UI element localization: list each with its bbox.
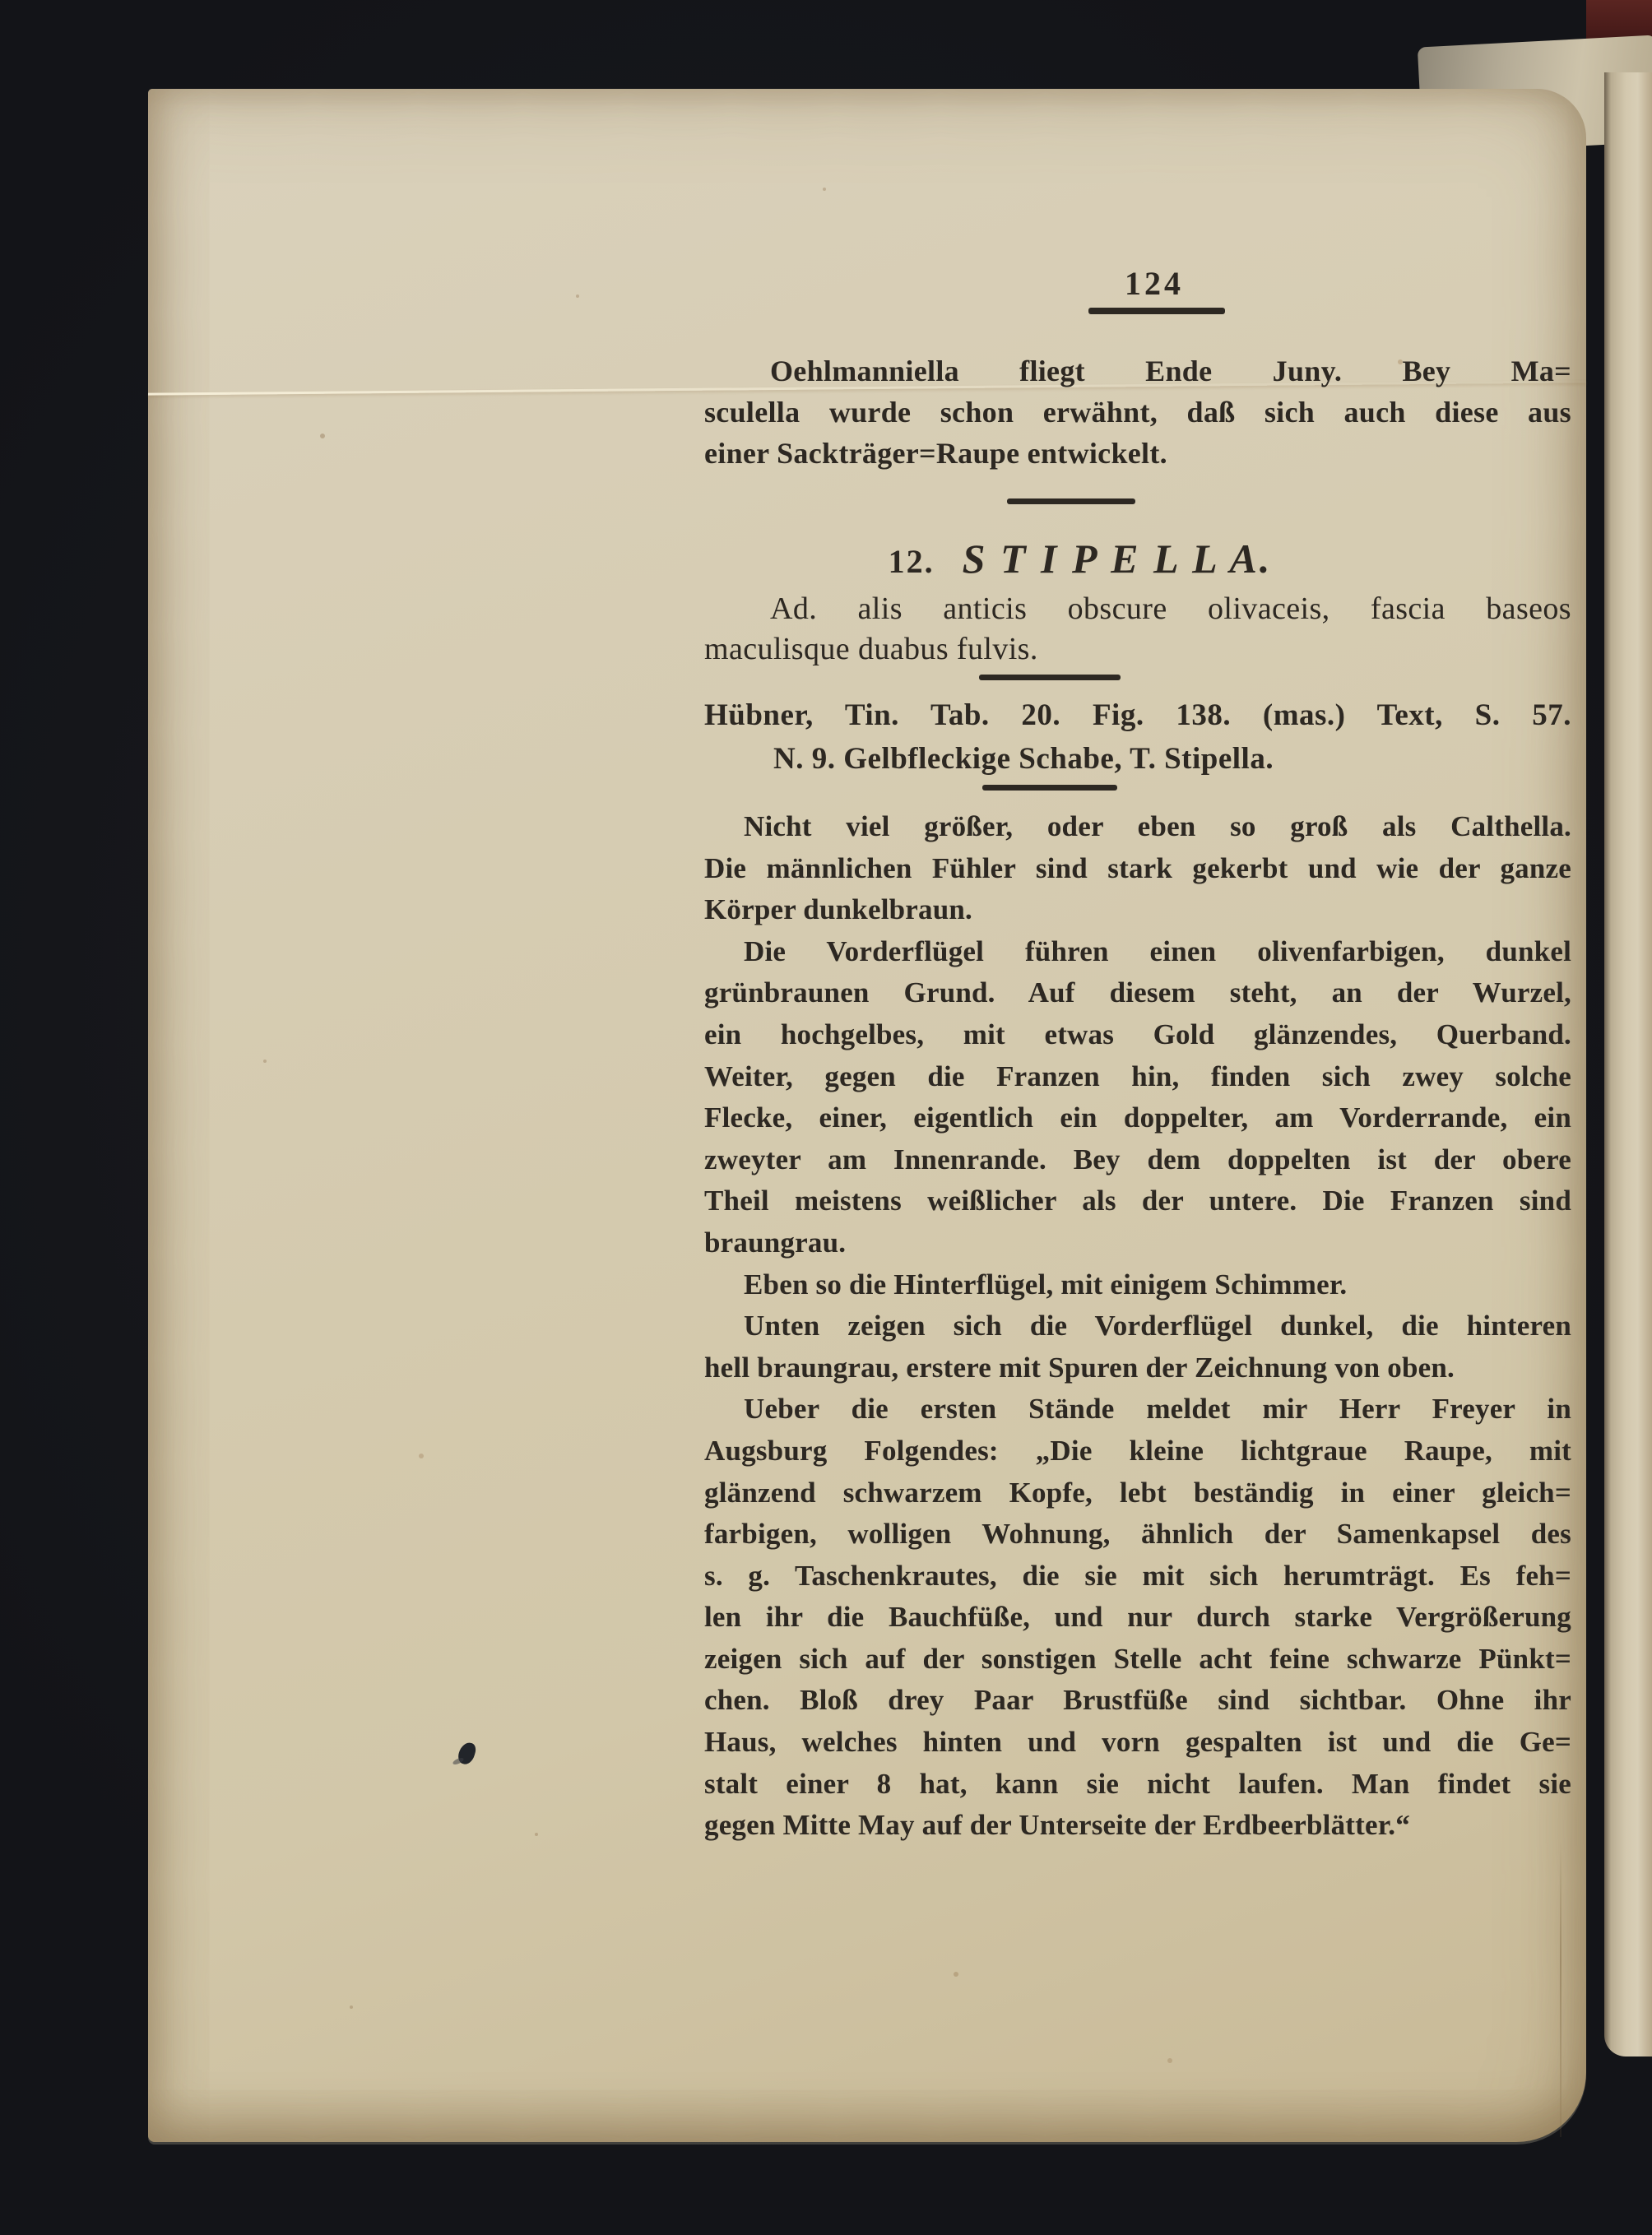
text-line: Theil meistens weißlicher als der untere… (704, 1180, 1571, 1222)
body-text: Nicht viel größer, oder eben so groß als… (704, 806, 1571, 1847)
text-line: Nicht viel größer, oder eben so groß als… (704, 806, 1571, 848)
text-line: Ad. alis anticis obscure olivaceis, fasc… (704, 589, 1571, 629)
page-number-rule (1088, 308, 1225, 314)
separator-rule-3 (982, 785, 1117, 791)
text-column: 124 Oehlmanniella fliegt Ende Juny. Bey … (704, 89, 1571, 2142)
text-line: Körper dunkelbraun. (704, 889, 1571, 931)
text-line: Unten zeigen sich die Vorderflügel dunke… (704, 1305, 1571, 1347)
text-line: Die männlichen Fühler sind stark gekerbt… (704, 848, 1571, 890)
paragraph: Die Vorderflügel führen einen olivenfarb… (704, 931, 1571, 1264)
paragraph: Ueber die ersten Stände meldet mir Herr … (704, 1389, 1571, 1847)
text-line: Haus, welches hinten und vorn gespalten … (704, 1722, 1571, 1764)
section-title: S T I P E L L A. (963, 536, 1273, 582)
text-line: maculisque duabus fulvis. (704, 629, 1571, 670)
text-line: chen. Bloß drey Paar Brustfüße sind sich… (704, 1680, 1571, 1722)
latin-diagnosis: Ad. alis anticis obscure olivaceis, fasc… (704, 589, 1571, 670)
text-line: sculella wurde schon erwähnt, daß sich a… (704, 392, 1571, 433)
text-line: zweyter am Innenrande. Bey dem doppelten… (704, 1139, 1571, 1181)
separator-rule-1 (1007, 498, 1135, 504)
paragraph: Nicht viel größer, oder eben so groß als… (704, 806, 1571, 931)
reference-block: Hübner, Tin. Tab. 20. Fig. 138. (mas.) T… (704, 693, 1571, 781)
text-line: glänzend schwarzem Kopfe, lebt beständig… (704, 1472, 1571, 1514)
text-line: Eben so die Hinterflügel, mit einigem Sc… (704, 1264, 1571, 1306)
text-line: farbigen, wolligen Wohnung, ähnlich der … (704, 1514, 1571, 1556)
text-line: Ueber die ersten Stände meldet mir Herr … (704, 1389, 1571, 1430)
text-line: ein hochgelbes, mit etwas Gold glänzende… (704, 1014, 1571, 1056)
paragraph: Unten zeigen sich die Vorderflügel dunke… (704, 1305, 1571, 1389)
text-line: stalt einer 8 hat, kann sie nicht laufen… (704, 1764, 1571, 1806)
text-line: hell braungrau, erstere mit Spuren der Z… (704, 1347, 1571, 1389)
section-number: 12. (889, 543, 935, 580)
text-line: braungrau. (704, 1222, 1571, 1264)
book-fore-edge (1604, 72, 1652, 2056)
paragraph: Eben so die Hinterflügel, mit einigem Sc… (704, 1264, 1571, 1306)
text-line: Die Vorderflügel führen einen olivenfarb… (704, 931, 1571, 973)
text-line: s. g. Taschenkrautes, die sie mit sich h… (704, 1556, 1571, 1597)
text-line: zeigen sich auf der sonstigen Stelle ach… (704, 1639, 1571, 1681)
text-line: Augsburg Folgendes: „Die kleine lichtgra… (704, 1430, 1571, 1472)
paper-specks (148, 89, 151, 92)
intro-paragraph: Oehlmanniella fliegt Ende Juny. Bey Ma=s… (704, 350, 1571, 474)
text-line: Hübner, Tin. Tab. 20. Fig. 138. (mas.) T… (704, 693, 1571, 737)
text-line: grünbraunen Grund. Auf diesem steht, an … (704, 972, 1571, 1014)
section-heading: 12.S T I P E L L A. (647, 533, 1514, 595)
text-line: einer Sackträger=Raupe entwickelt. (704, 433, 1571, 474)
page-number: 124 (704, 263, 1571, 304)
book-page: 124 Oehlmanniella fliegt Ende Juny. Bey … (148, 89, 1586, 2142)
text-line: N. 9. Gelbfleckige Schabe, T. Stipella. (704, 737, 1571, 781)
ink-blot-smudge (452, 1756, 464, 1765)
text-line: Oehlmanniella fliegt Ende Juny. Bey Ma= (704, 350, 1571, 392)
separator-rule-2 (979, 675, 1121, 680)
text-line: Weiter, gegen die Franzen hin, finden si… (704, 1056, 1571, 1098)
text-line: len ihr die Bauchfüße, und nur durch sta… (704, 1597, 1571, 1639)
text-line: gegen Mitte May auf der Unterseite der E… (704, 1805, 1571, 1847)
text-line: Flecke, einer, eigentlich ein doppelter,… (704, 1097, 1571, 1139)
